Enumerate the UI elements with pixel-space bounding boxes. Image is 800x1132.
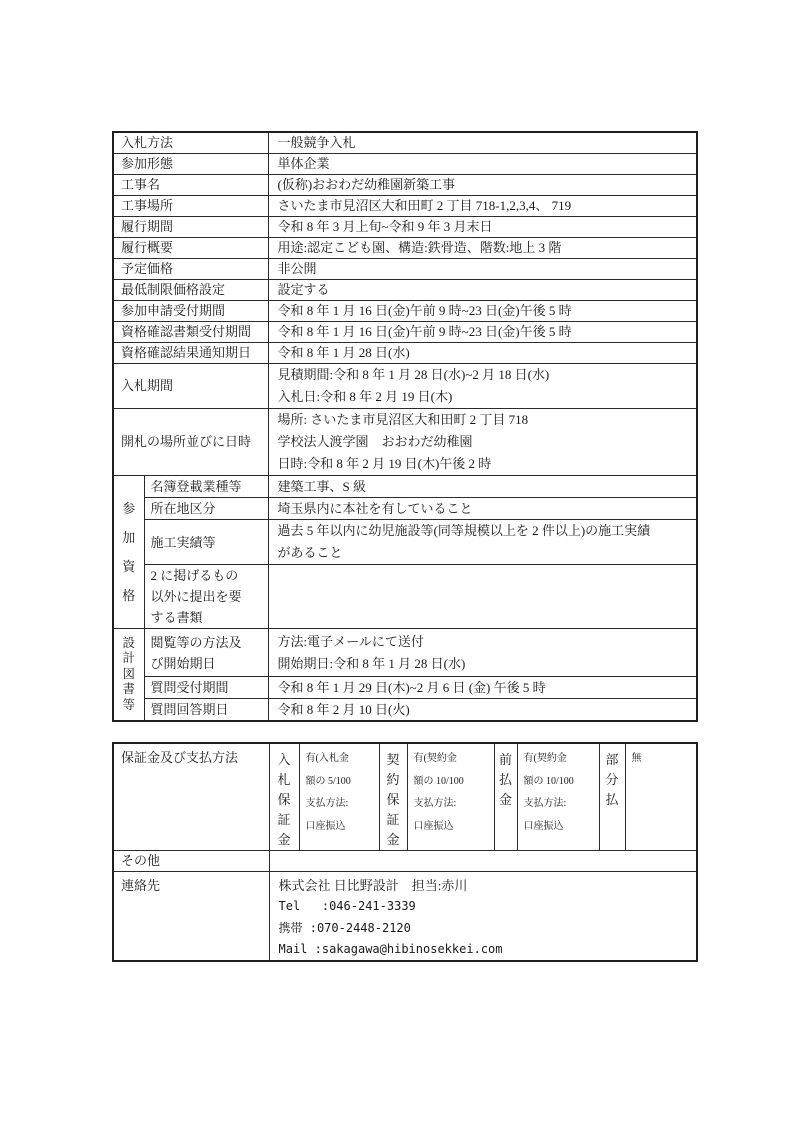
contact-info: 株式会社 日比野設計 担当:赤川 Tel :046-241-3339 携帯 :0… [269, 872, 697, 962]
bond-type-header-keiyaku: 契 約 保 証 金 [379, 743, 407, 851]
row-label: 資格確認書類受付期間 [113, 322, 268, 343]
table-row: 所在地区分 埼玉県内に本社を有していること [113, 498, 697, 520]
table-row: 連絡先 株式会社 日比野設計 担当:赤川 Tel :046-241-3339 携… [113, 872, 697, 962]
contact-mobile: 携帯 :070-2448-2120 [279, 918, 691, 939]
table-row: 参加申請受付期間 令和 8 年 1 月 16 日(金)午前 9 時~23 日(金… [113, 301, 697, 322]
row-label: 予定価格 [113, 259, 268, 280]
row-value: 一般競争入札 [268, 132, 697, 154]
row-value: さいたま市見沼区大和田町 2 丁目 718-1,2,3,4、 719 [268, 196, 697, 217]
bond-type-header-nyusatsu: 入 札 保 証 金 [269, 743, 299, 851]
row-label: 履行期間 [113, 217, 268, 238]
row-label: 所在地区分 [144, 498, 268, 520]
group-label-sekkei-tosho: 設 計 図 書 等 [113, 629, 144, 722]
row-value: 令和 8 年 1 月 29 日(木)~2 月 6 日 (金) 午後 5 時 [268, 677, 697, 699]
table-row: 2 に掲げるもの 以外に提出を要 する書類 [113, 565, 697, 629]
contact-tel: Tel :046-241-3339 [279, 896, 691, 917]
row-value: 単体企業 [268, 154, 697, 175]
table-row: その他 [113, 851, 697, 872]
bond-detail: 無 [625, 743, 697, 851]
row-label: 名簿登載業種等 [144, 476, 268, 498]
document-body: 入札方法 一般競争入札 参加形態 単体企業 工事名 (仮称)おおわだ幼稚園新築工… [112, 131, 696, 962]
row-label: 施工実績等 [144, 520, 268, 565]
row-value: 令和 8 年 1 月 16 日(金)午前 9 時~23 日(金)午後 5 時 [268, 322, 697, 343]
row-value: 見積期間:令和 8 年 1 月 28 日(水)~2 月 18 日(水) 入札日:… [268, 364, 697, 409]
row-label: 2 に掲げるもの 以外に提出を要 する書類 [144, 565, 268, 629]
row-value: 場所: さいたま市見沼区大和田町 2 丁目 718 学校法人渡学園 おおわだ幼稚… [268, 409, 697, 476]
payment-terms-table: 保証金及び支払方法 入 札 保 証 金 有(入札金 額の 5/100 支払方法:… [112, 742, 698, 962]
bond-type-header-bubunbarai: 部 分 払 [599, 743, 625, 851]
row-label: 入札期間 [113, 364, 268, 409]
row-label: 開札の場所並びに日時 [113, 409, 268, 476]
table-row: 施工実績等 過去 5 年以内に幼児施設等(同等規模以上を 2 件以上)の施工実績… [113, 520, 697, 565]
table-row: 資格確認書類受付期間 令和 8 年 1 月 16 日(金)午前 9 時~23 日… [113, 322, 697, 343]
row-label: 工事名 [113, 175, 268, 196]
table-row: 工事名 (仮称)おおわだ幼稚園新築工事 [113, 175, 697, 196]
row-value: 令和 8 年 1 月 16 日(金)午前 9 時~23 日(金)午後 5 時 [268, 301, 697, 322]
group-label-sanka-shikaku: 参 加 資 格 [113, 476, 144, 629]
bond-detail: 有(契約金 額の 10/100 支払方法: 口座振込 [407, 743, 494, 851]
table-row: 工事場所 さいたま市見沼区大和田町 2 丁目 718-1,2,3,4、 719 [113, 196, 697, 217]
table-row: 入札方法 一般競争入札 [113, 132, 697, 154]
row-label: 履行概要 [113, 238, 268, 259]
row-value: 令和 8 年 3 月上旬~令和 9 年 3 月末日 [268, 217, 697, 238]
table-row: 最低制限価格設定 設定する [113, 280, 697, 301]
row-value: 建築工事、S 級 [268, 476, 697, 498]
row-label: 質問回答期日 [144, 699, 268, 722]
row-value: 用途:認定こども園、構造:鉄骨造、階数:地上 3 階 [268, 238, 697, 259]
row-value: (仮称)おおわだ幼稚園新築工事 [268, 175, 697, 196]
row-label: 工事場所 [113, 196, 268, 217]
row-value: 埼玉県内に本社を有していること [268, 498, 697, 520]
row-label: 閲覧等の方法及 び開始期日 [144, 629, 268, 677]
table-row: 資格確認結果通知期日 令和 8 年 1 月 28 日(水) [113, 343, 697, 364]
row-value [269, 851, 697, 872]
row-label: 資格確認結果通知期日 [113, 343, 268, 364]
table-row: 入札期間 見積期間:令和 8 年 1 月 28 日(水)~2 月 18 日(水)… [113, 364, 697, 409]
table-row: 参加形態 単体企業 [113, 154, 697, 175]
row-value: 令和 8 年 2 月 10 日(火) [268, 699, 697, 722]
contact-company: 株式会社 日比野設計 担当:赤川 [279, 875, 691, 896]
row-label: 質問受付期間 [144, 677, 268, 699]
bond-type-header-maebarai: 前 払 金 [494, 743, 517, 851]
row-value: 方法:電子メールにて送付 開始期日:令和 8 年 1 月 28 日(水) [268, 629, 697, 677]
table-row: 参 加 資 格 名簿登載業種等 建築工事、S 級 [113, 476, 697, 498]
row-label: 入札方法 [113, 132, 268, 154]
bond-detail: 有(入札金 額の 5/100 支払方法: 口座振込 [299, 743, 379, 851]
row-value [268, 565, 697, 629]
table-row: 設 計 図 書 等 閲覧等の方法及 び開始期日 方法:電子メールにて送付 開始期… [113, 629, 697, 677]
table-row: 予定価格 非公開 [113, 259, 697, 280]
table-row: 保証金及び支払方法 入 札 保 証 金 有(入札金 額の 5/100 支払方法:… [113, 743, 697, 851]
row-value: 非公開 [268, 259, 697, 280]
row-label: その他 [113, 851, 269, 872]
table-row: 質問回答期日 令和 8 年 2 月 10 日(火) [113, 699, 697, 722]
table-row: 質問受付期間 令和 8 年 1 月 29 日(木)~2 月 6 日 (金) 午後… [113, 677, 697, 699]
bond-detail: 有(契約金 額の 10/100 支払方法: 口座振込 [517, 743, 599, 851]
row-label: 参加形態 [113, 154, 268, 175]
row-label: 参加申請受付期間 [113, 301, 268, 322]
document-page: 入札方法 一般競争入札 参加形態 単体企業 工事名 (仮称)おおわだ幼稚園新築工… [0, 0, 800, 1132]
row-label: 保証金及び支払方法 [113, 743, 269, 851]
row-value: 過去 5 年以内に幼児施設等(同等規模以上を 2 件以上)の施工実績 があること [268, 520, 697, 565]
row-value: 設定する [268, 280, 697, 301]
row-label: 連絡先 [113, 872, 269, 962]
bid-conditions-table: 入札方法 一般競争入札 参加形態 単体企業 工事名 (仮称)おおわだ幼稚園新築工… [112, 131, 698, 722]
table-row: 履行概要 用途:認定こども園、構造:鉄骨造、階数:地上 3 階 [113, 238, 697, 259]
table-row: 開札の場所並びに日時 場所: さいたま市見沼区大和田町 2 丁目 718 学校法… [113, 409, 697, 476]
contact-mail: Mail :sakagawa@hibinosekkei.com [279, 939, 691, 960]
row-value: 令和 8 年 1 月 28 日(水) [268, 343, 697, 364]
row-label: 最低制限価格設定 [113, 280, 268, 301]
table-row: 履行期間 令和 8 年 3 月上旬~令和 9 年 3 月末日 [113, 217, 697, 238]
